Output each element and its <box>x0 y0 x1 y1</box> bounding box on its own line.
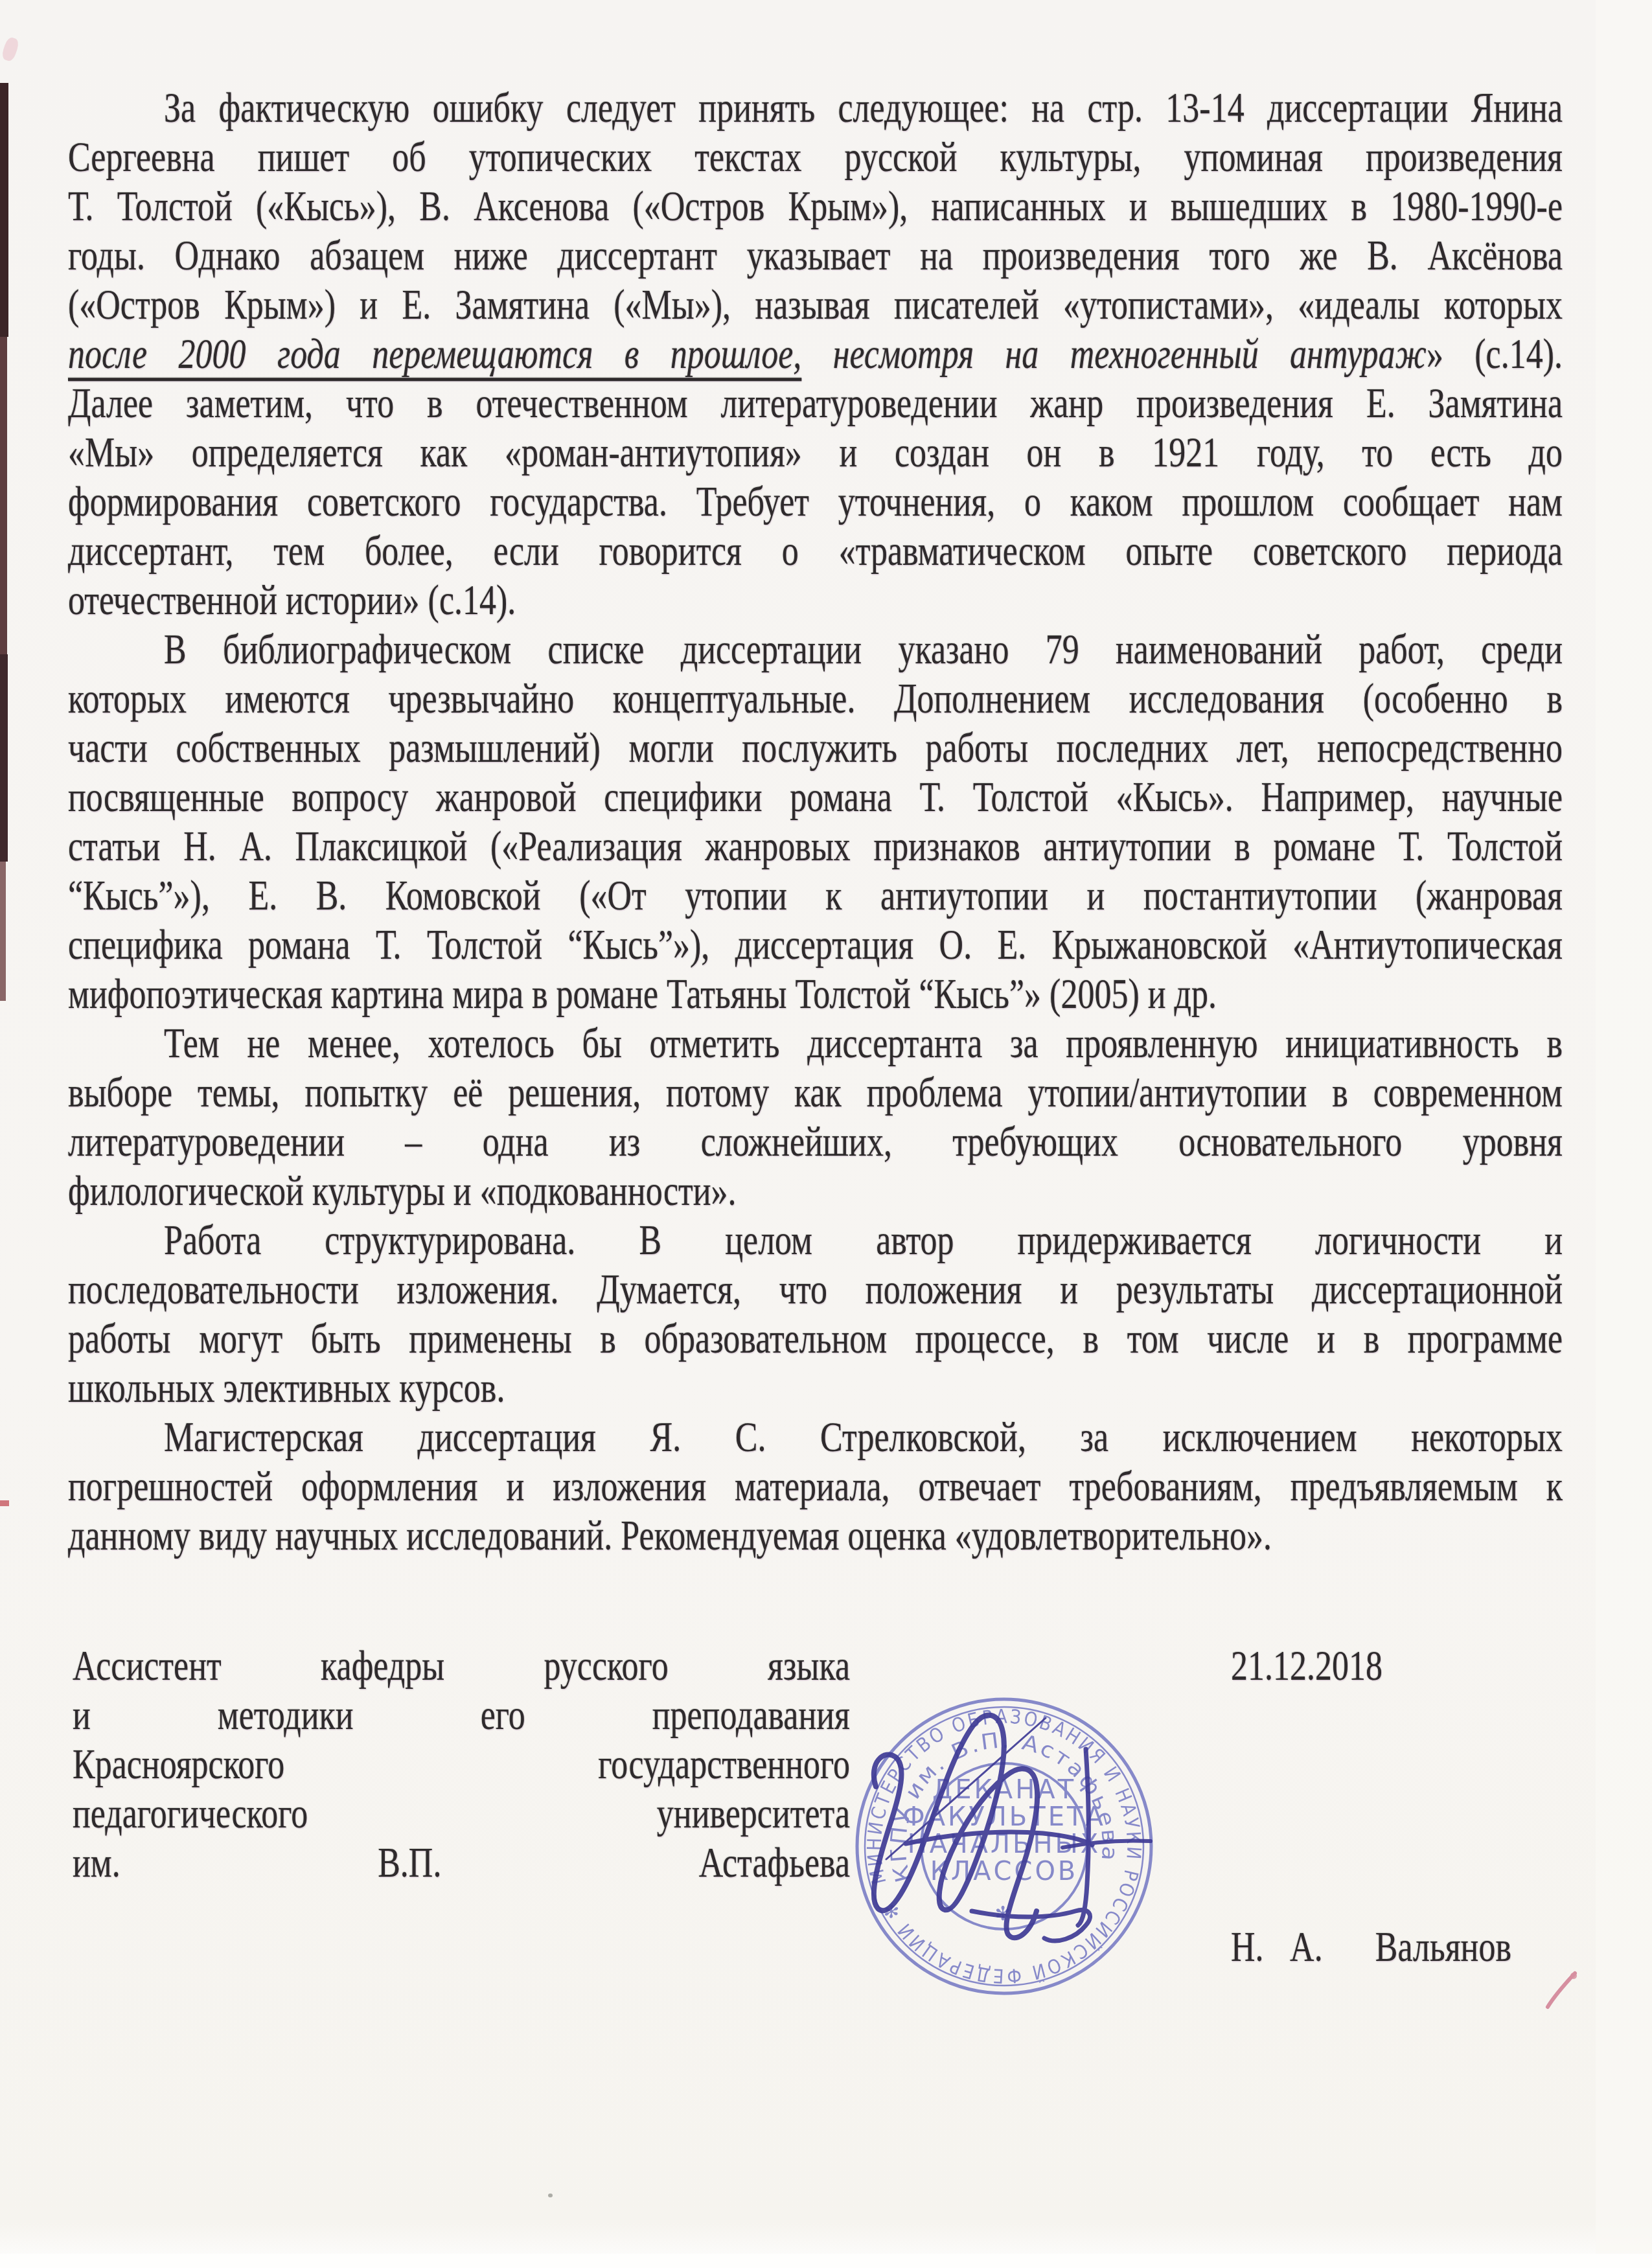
reviewer-name-text: Н. А. Вальянов <box>1231 1918 1511 1978</box>
text-segment: данному виду научных исследований. Реком… <box>68 1514 1272 1560</box>
text-segment: части собственных размышлений) могли пос… <box>68 726 1563 772</box>
stamp-center-line: КЛАССОВ <box>930 1857 1079 1886</box>
text-segment: («Остров Крым») и Е. Замятина («Мы»), на… <box>68 283 1563 329</box>
reviewer-name: Н. А. Вальянов <box>1231 1829 1511 1878</box>
text-segment: В библиографическом списке диссертации у… <box>164 628 1563 674</box>
text-segment: Т. Толстой («Кысь»), В. Аксенова («Остро… <box>68 185 1563 231</box>
scan-artifact-left-edge <box>0 337 7 654</box>
date-text: 21.12.2018 <box>1231 1636 1511 1697</box>
scan-right-light-band <box>1596 0 1652 2268</box>
text-segment: литературоведении – одна из сложнейших, … <box>68 1120 1563 1166</box>
handwritten-signature <box>874 1715 1151 1941</box>
text-segment: Тем не менее, хотелось бы отметить диссе… <box>164 1022 1563 1068</box>
paragraph: Работа структурирована. В целом автор пр… <box>68 1220 1563 1417</box>
text-segment: отечественной истории» (с.14). <box>68 578 516 624</box>
text-segment: Магистерская диссертация Я. С. Стрелковс… <box>164 1415 1563 1461</box>
paragraph: В библиографическом списке диссертации у… <box>68 630 1563 1024</box>
text-segment: » (с.14). <box>1427 332 1563 378</box>
text-segment: школьных элективных курсов. <box>68 1366 505 1412</box>
text-segment: “Кысь”»), Е. В. Комовской («От утопии к … <box>68 874 1563 920</box>
scan-artifact-left-edge <box>0 83 8 337</box>
text-segment: работы могут быть применены в образовате… <box>68 1317 1563 1363</box>
scan-bottom-edge <box>0 2254 1652 2268</box>
scanned-document-page: За фактическую ошибку следует принять сл… <box>0 0 1652 2268</box>
document-date: 21.12.2018 <box>1231 1646 1511 1695</box>
stamp-inner-ring-text: КГПУ им. В.П. Астафьева <box>885 1727 1123 1885</box>
text-segment: Далее заметим, что в отечественном литер… <box>68 382 1563 428</box>
text-segment: «Мы» определяется как «роман-антиутопия»… <box>68 431 1563 477</box>
signature-block-left: Ассистент кафедры русского языкаи методи… <box>73 1646 850 1892</box>
text-segment: годы. Однако абзацем ниже диссертант ука… <box>68 234 1563 280</box>
text-segment: формирования советского государства. Тре… <box>68 480 1563 526</box>
text-segment: статьи Н. А. Плаксицкой («Реализация жан… <box>68 825 1563 871</box>
text-segment: несмотря на техногенный антураж <box>801 332 1427 378</box>
text-segment: последовательности изложения. Думается, … <box>68 1268 1563 1314</box>
stamp-center-line: ДЕКАНАТ <box>932 1775 1076 1805</box>
stamp-center-line: НАЧАЛЬНЫХ <box>908 1829 1101 1859</box>
text-segment: специфика романа Т. Толстой “Кысь”»), ди… <box>68 923 1563 969</box>
university-stamp: МИНИСТЕРСТВО ОБРАЗОВАНИЯ И НАУКИ РОССИЙС… <box>857 1699 1151 1993</box>
text-segment: диссертант, тем более, если говорится о … <box>68 529 1563 575</box>
paragraph: Тем не менее, хотелось бы отметить диссе… <box>68 1024 1563 1220</box>
text-segment: которых имеются чрезвычайно концептуальн… <box>68 677 1563 723</box>
text-segment: посвященные вопросу жанровой специфики р… <box>68 775 1563 821</box>
scan-artifact-red-dash <box>0 1500 9 1506</box>
body-line: данному виду научных исследований. Реком… <box>68 1516 1563 1565</box>
text-segment: после 2000 года перемещаются в прошлое, <box>68 332 801 378</box>
scan-artifact-speck <box>548 2194 553 2197</box>
scan-artifact-left-edge <box>0 654 8 862</box>
paragraph: Магистерская диссертация Я. С. Стрелковс… <box>68 1417 1563 1565</box>
scan-artifact-smudge <box>1 36 20 62</box>
text-segment: За фактическую ошибку следует принять сл… <box>164 86 1563 132</box>
stamp-star: ✻ <box>994 1903 1013 1925</box>
text-segment: выборе темы, попытку её решения, потому … <box>68 1071 1563 1117</box>
pen-slash-mark <box>1548 1973 1577 2007</box>
document-text: За фактическую ошибку следует принять сл… <box>68 88 1563 1565</box>
paragraph: За фактическую ошибку следует принять сл… <box>68 88 1563 630</box>
stamp-outer-ring-text: МИНИСТЕРСТВО ОБРАЗОВАНИЯ И НАУКИ РОССИЙС… <box>864 1706 1145 1987</box>
signature-block-line: им. В.П. Астафьева <box>73 1843 850 1892</box>
scan-artifact-left-edge <box>0 862 6 1001</box>
text-segment: мифопоэтическая картина мира в романе Та… <box>68 972 1217 1018</box>
stamp-center-line: ФАКУЛЬТЕТА <box>902 1802 1106 1832</box>
text-segment: погрешностей оформления и изложения мате… <box>68 1465 1563 1511</box>
text-segment: Сергеевна пишет об утопических текстах р… <box>68 135 1563 181</box>
text-segment: филологической культуры и «подкованности… <box>68 1169 737 1215</box>
svg-text:КГПУ им. В.П. Астафьева: КГПУ им. В.П. Астафьева <box>885 1727 1123 1885</box>
svg-text:МИНИСТЕРСТВО ОБРАЗОВАНИЯ И: МИНИСТЕРСТВО ОБРАЗОВАНИЯ И НАУКИ РОССИЙС… <box>864 1706 1145 1987</box>
signature-block-line-text: им. В.П. Астафьева <box>73 1833 850 1894</box>
text-segment: Работа структурирована. В целом автор пр… <box>164 1219 1563 1265</box>
